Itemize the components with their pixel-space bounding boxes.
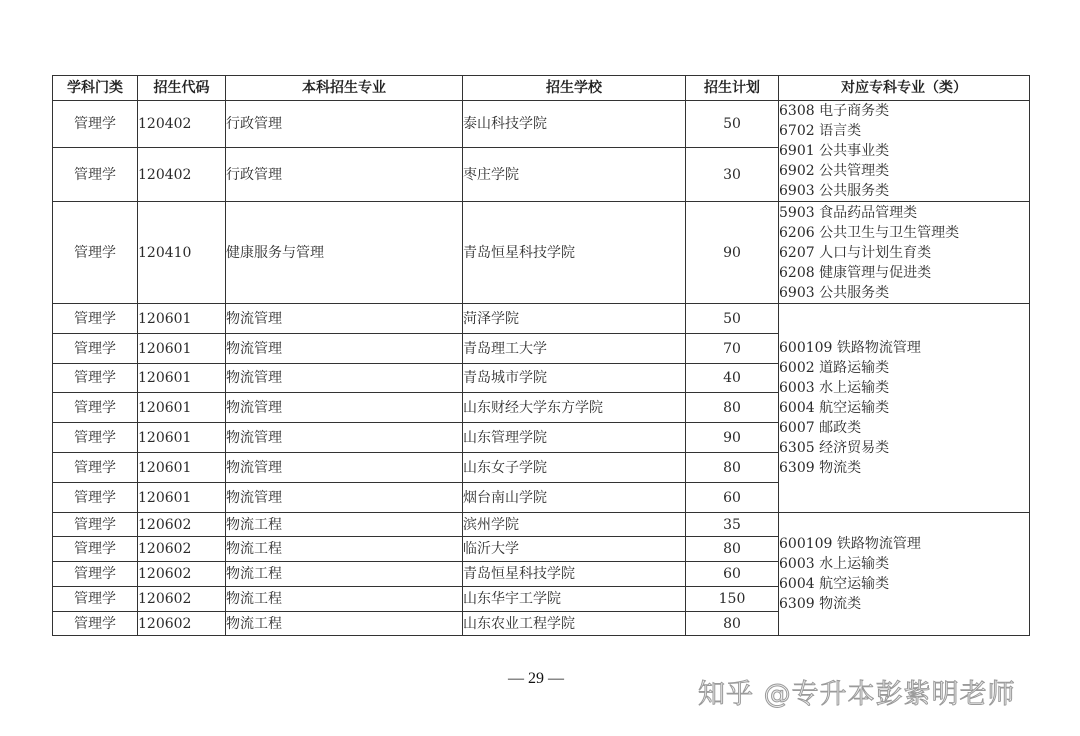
cell-category: 管理学 — [53, 562, 138, 587]
related-item: 600109 铁路物流管理 — [779, 534, 1029, 554]
cell-plan: 30 — [686, 148, 779, 202]
related-item: 6308 电子商务类 — [779, 101, 1029, 121]
related-item: 6003 水上运输类 — [779, 378, 1029, 398]
cell-plan: 50 — [686, 101, 779, 148]
cell-category: 管理学 — [53, 483, 138, 513]
cell-plan: 60 — [686, 483, 779, 513]
cell-category: 管理学 — [53, 423, 138, 453]
related-item: 6903 公共服务类 — [779, 283, 1029, 303]
cell-code: 120601 — [138, 364, 226, 393]
header-related-majors: 对应专科专业（类） — [779, 76, 1030, 101]
cell-category: 管理学 — [53, 393, 138, 423]
cell-major: 物流管理 — [226, 483, 463, 513]
related-item: 6702 语言类 — [779, 121, 1029, 141]
cell-plan: 90 — [686, 202, 779, 304]
cell-school: 临沂大学 — [463, 537, 686, 562]
cell-code: 120601 — [138, 393, 226, 423]
cell-category: 管理学 — [53, 587, 138, 612]
cell-plan: 60 — [686, 562, 779, 587]
cell-school: 青岛城市学院 — [463, 364, 686, 393]
cell-code: 120602 — [138, 587, 226, 612]
header-plan: 招生计划 — [686, 76, 779, 101]
cell-plan: 80 — [686, 393, 779, 423]
related-item: 6007 邮政类 — [779, 418, 1029, 438]
table-row: 管理学 120410 健康服务与管理 青岛恒星科技学院 90 5903 食品药品… — [53, 202, 1030, 304]
cell-major: 物流管理 — [226, 304, 463, 334]
watermark-text: 知乎 @专升本彭紫明老师 — [698, 672, 1016, 711]
cell-school: 山东华宇工学院 — [463, 587, 686, 612]
cell-category: 管理学 — [53, 334, 138, 364]
cell-category: 管理学 — [53, 513, 138, 537]
cell-major: 物流管理 — [226, 393, 463, 423]
page-number: — 29 — — [508, 670, 564, 688]
related-item: 6902 公共管理类 — [779, 161, 1029, 181]
cell-school: 山东女子学院 — [463, 453, 686, 483]
cell-school: 泰山科技学院 — [463, 101, 686, 148]
cell-code: 120601 — [138, 304, 226, 334]
cell-plan: 70 — [686, 334, 779, 364]
cell-code: 120402 — [138, 101, 226, 148]
cell-school: 山东管理学院 — [463, 423, 686, 453]
cell-related-majors: 600109 铁路物流管理 6002 道路运输类 6003 水上运输类 6004… — [779, 304, 1030, 513]
cell-major: 物流工程 — [226, 513, 463, 537]
header-code: 招生代码 — [138, 76, 226, 101]
related-item: 600109 铁路物流管理 — [779, 338, 1029, 358]
cell-major: 物流管理 — [226, 364, 463, 393]
cell-category: 管理学 — [53, 364, 138, 393]
table-header-row: 学科门类 招生代码 本科招生专业 招生学校 招生计划 对应专科专业（类） — [53, 76, 1030, 101]
cell-related-majors: 600109 铁路物流管理 6003 水上运输类 6004 航空运输类 6309… — [779, 513, 1030, 636]
cell-school: 青岛理工大学 — [463, 334, 686, 364]
related-item: 5903 食品药品管理类 — [779, 203, 1029, 223]
related-item: 6206 公共卫生与卫生管理类 — [779, 223, 1029, 243]
cell-plan: 150 — [686, 587, 779, 612]
cell-category: 管理学 — [53, 537, 138, 562]
cell-major: 物流管理 — [226, 423, 463, 453]
header-major: 本科招生专业 — [226, 76, 463, 101]
cell-school: 山东财经大学东方学院 — [463, 393, 686, 423]
cell-major: 物流工程 — [226, 537, 463, 562]
cell-plan: 35 — [686, 513, 779, 537]
enrollment-table: 学科门类 招生代码 本科招生专业 招生学校 招生计划 对应专科专业（类） 管理学… — [52, 75, 1030, 636]
cell-major: 物流工程 — [226, 587, 463, 612]
cell-major: 行政管理 — [226, 101, 463, 148]
cell-major: 物流工程 — [226, 562, 463, 587]
cell-code: 120402 — [138, 148, 226, 202]
cell-code: 120601 — [138, 453, 226, 483]
cell-category: 管理学 — [53, 202, 138, 304]
related-item: 6207 人口与计划生育类 — [779, 243, 1029, 263]
cell-school: 青岛恒星科技学院 — [463, 562, 686, 587]
related-item: 6004 航空运输类 — [779, 574, 1029, 594]
table-row: 管理学 120601 物流管理 菏泽学院 50 600109 铁路物流管理 60… — [53, 304, 1030, 334]
cell-school: 山东农业工程学院 — [463, 612, 686, 636]
cell-category: 管理学 — [53, 101, 138, 148]
cell-school: 青岛恒星科技学院 — [463, 202, 686, 304]
related-item: 6003 水上运输类 — [779, 554, 1029, 574]
related-item: 6305 经济贸易类 — [779, 438, 1029, 458]
cell-code: 120602 — [138, 513, 226, 537]
related-item: 6004 航空运输类 — [779, 398, 1029, 418]
related-item: 6208 健康管理与促进类 — [779, 263, 1029, 283]
cell-code: 120602 — [138, 612, 226, 636]
related-item: 6309 物流类 — [779, 458, 1029, 478]
cell-code: 120602 — [138, 537, 226, 562]
related-item: 6002 道路运输类 — [779, 358, 1029, 378]
cell-plan: 50 — [686, 304, 779, 334]
cell-related-majors: 5903 食品药品管理类 6206 公共卫生与卫生管理类 6207 人口与计划生… — [779, 202, 1030, 304]
cell-major: 物流管理 — [226, 453, 463, 483]
cell-plan: 40 — [686, 364, 779, 393]
header-category: 学科门类 — [53, 76, 138, 101]
header-school: 招生学校 — [463, 76, 686, 101]
cell-category: 管理学 — [53, 612, 138, 636]
cell-major: 行政管理 — [226, 148, 463, 202]
cell-plan: 80 — [686, 537, 779, 562]
related-item: 6309 物流类 — [779, 594, 1029, 614]
cell-code: 120601 — [138, 423, 226, 453]
cell-plan: 80 — [686, 453, 779, 483]
cell-category: 管理学 — [53, 304, 138, 334]
cell-school: 烟台南山学院 — [463, 483, 686, 513]
cell-related-majors: 6308 电子商务类 6702 语言类 6901 公共事业类 6902 公共管理… — [779, 101, 1030, 202]
cell-school: 菏泽学院 — [463, 304, 686, 334]
cell-school: 枣庄学院 — [463, 148, 686, 202]
related-item: 6903 公共服务类 — [779, 181, 1029, 201]
cell-major: 物流管理 — [226, 334, 463, 364]
cell-code: 120601 — [138, 483, 226, 513]
cell-category: 管理学 — [53, 453, 138, 483]
cell-code: 120601 — [138, 334, 226, 364]
cell-category: 管理学 — [53, 148, 138, 202]
table-row: 管理学 120602 物流工程 滨州学院 35 600109 铁路物流管理 60… — [53, 513, 1030, 537]
cell-code: 120410 — [138, 202, 226, 304]
cell-school: 滨州学院 — [463, 513, 686, 537]
cell-plan: 80 — [686, 612, 779, 636]
table-row: 管理学 120402 行政管理 泰山科技学院 50 6308 电子商务类 670… — [53, 101, 1030, 148]
cell-major: 物流工程 — [226, 612, 463, 636]
related-item: 6901 公共事业类 — [779, 141, 1029, 161]
cell-plan: 90 — [686, 423, 779, 453]
cell-code: 120602 — [138, 562, 226, 587]
cell-major: 健康服务与管理 — [226, 202, 463, 304]
